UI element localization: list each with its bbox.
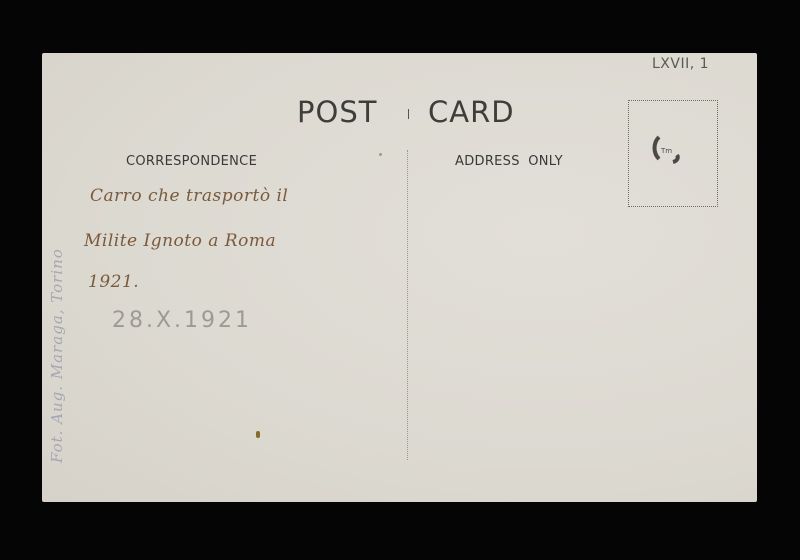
- stamp-placeholder-icon: Tm: [651, 131, 685, 165]
- handwritten-line-3: 1921.: [88, 272, 139, 292]
- svg-text:Tm: Tm: [660, 147, 672, 155]
- title-separator: [408, 109, 409, 119]
- pencil-date: 28.X.1921: [112, 308, 252, 333]
- center-divider: [407, 150, 408, 460]
- postcard-back: POST CARD LXVII, 1 CORRESPONDENCE ADDRES…: [42, 53, 757, 502]
- stain-spot: [256, 431, 260, 438]
- correspondence-heading: CORRESPONDENCE: [126, 154, 257, 169]
- stamp-box: Tm: [628, 100, 718, 207]
- archive-reference: LXVII, 1: [652, 56, 709, 72]
- title-card: CARD: [428, 95, 515, 129]
- title-post: POST: [297, 95, 377, 129]
- speck: [379, 153, 382, 156]
- handwritten-line-2: Milite Ignoto a Roma: [84, 231, 276, 251]
- address-heading: ADDRESS ONLY: [455, 154, 563, 169]
- photographer-credit-stamp: Fot. Aug. Maraga, Torino: [48, 248, 66, 463]
- handwritten-line-1: Carro che trasportò il: [90, 186, 288, 206]
